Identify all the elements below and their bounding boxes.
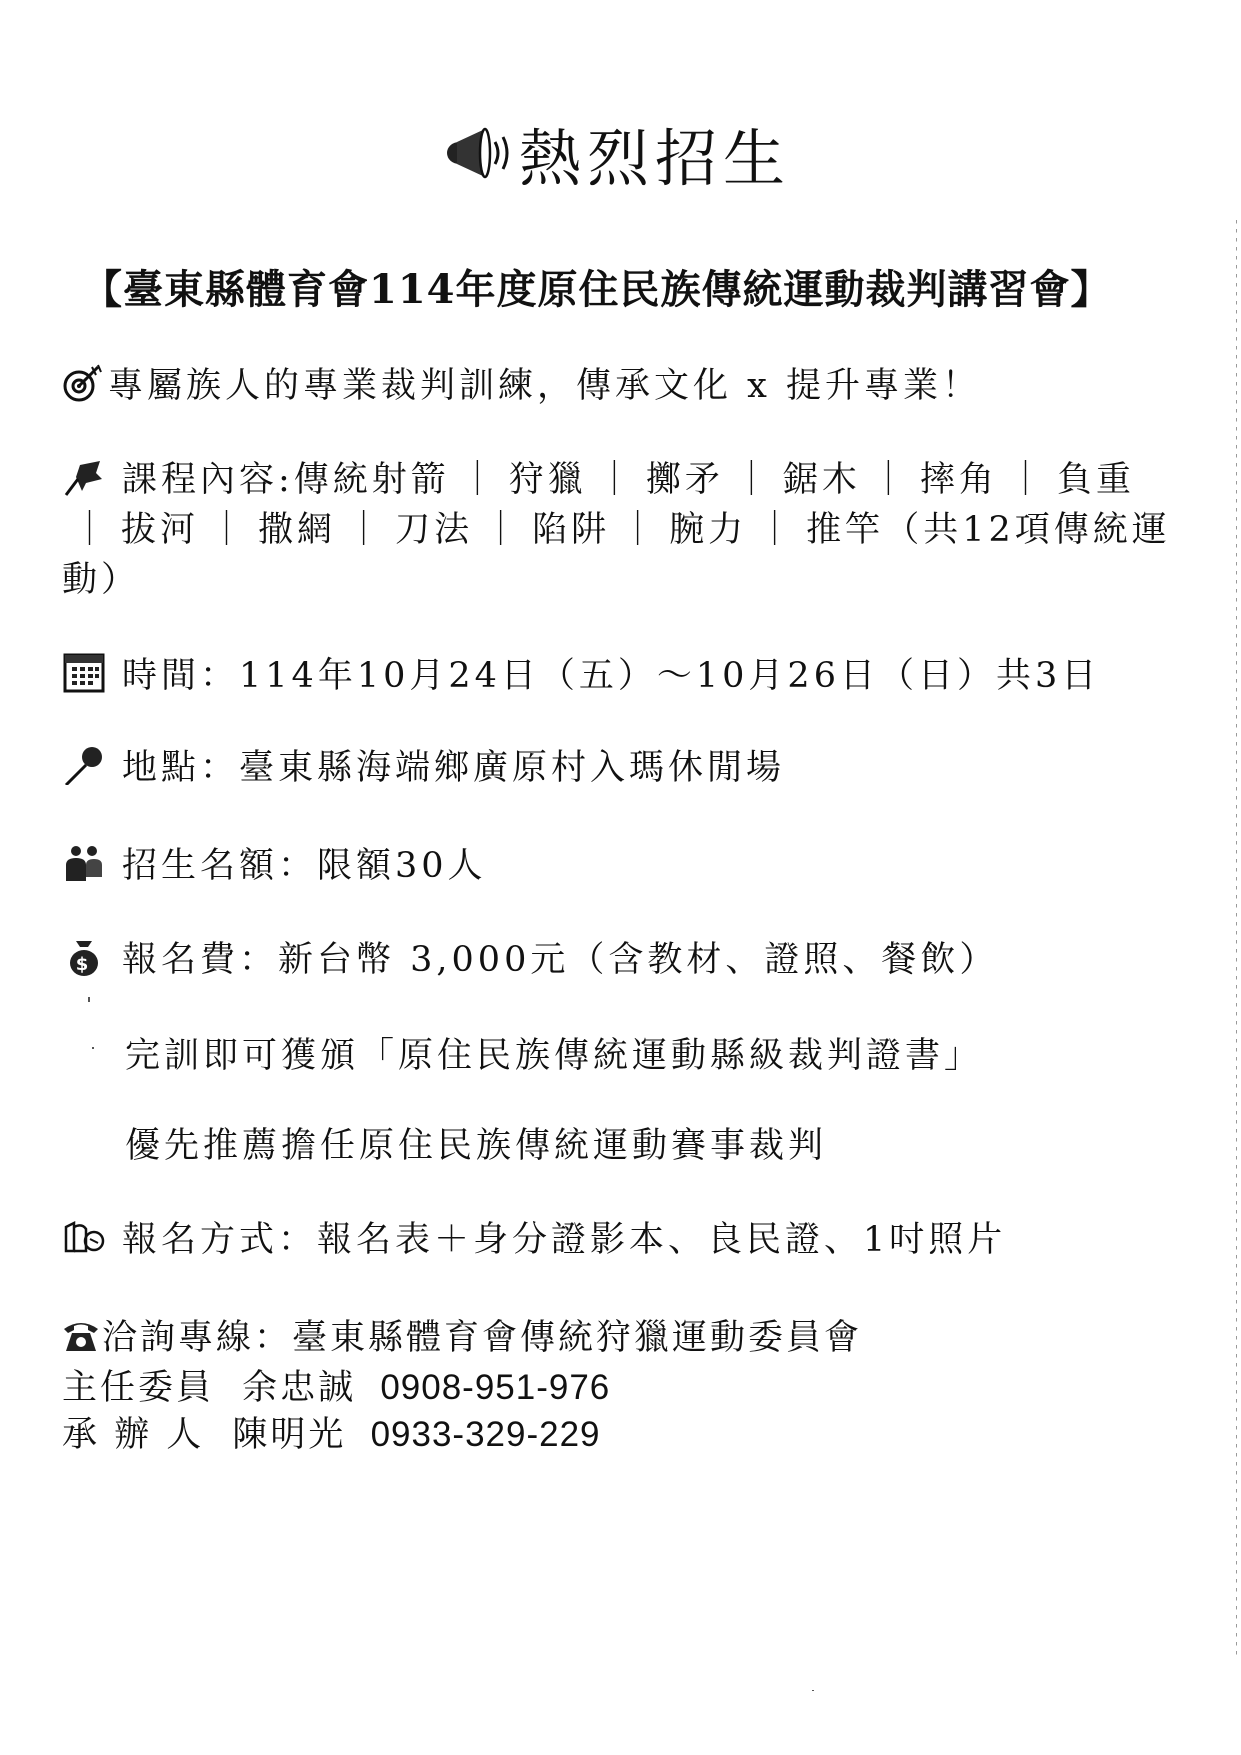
course-label: 課程內容: — [122, 460, 294, 500]
contact-role: 承 辦 人 — [62, 1415, 204, 1455]
course-item: 拔河 — [121, 510, 199, 550]
heading-close-bracket: 】 — [1071, 266, 1112, 313]
registration-row: 報名方式：報名表＋身分證影本、良民證、1吋照片 — [62, 1212, 1006, 1262]
location-label: 地點： — [122, 740, 239, 790]
course-item: 刀法 — [395, 510, 473, 550]
course-item: 腕力 — [669, 510, 747, 550]
contact-organization: 臺東縣體育會傳統狩獵運動委員會 — [292, 1310, 862, 1360]
scan-speck — [812, 1690, 814, 1691]
course-item: 負重 — [1057, 460, 1135, 500]
quota-value: 限額30人 — [317, 838, 487, 888]
registration-value: 報名表＋身分證影本、良民證、1吋照片 — [317, 1212, 1006, 1262]
fee-value: 新台幣 3,000元（含教材、證照、餐飲） — [278, 932, 998, 982]
title-text: 熱烈招生 — [519, 109, 791, 198]
fee-row: $ 報名費：新台幣 3,000元（含教材、證照、餐飲） — [62, 932, 998, 982]
people-icon — [62, 843, 106, 883]
course-item: 撒網 — [258, 510, 336, 550]
telephone-icon — [62, 1317, 100, 1353]
benefit-priority: 優先推薦擔任原住民族傳統運動賽事裁判 — [125, 1118, 827, 1168]
tagline: 專屬族人的專業裁判訓練，傳承文化 x 提升專業！ — [62, 358, 981, 408]
contact-person: 主任委員 余忠誠 0908-951-976 — [62, 1360, 610, 1410]
contact-phone[interactable]: 0933-329-229 — [371, 1415, 601, 1454]
contact-name: 余忠誠 — [242, 1368, 356, 1408]
page-title: 熱烈招生 — [445, 108, 791, 198]
course-item: 擲矛 — [646, 460, 724, 500]
map-pin-icon — [62, 745, 106, 785]
course-item: 傳統射箭 — [294, 460, 450, 500]
location-value: 臺東縣海端鄉廣原村入瑪休閒場 — [239, 740, 785, 790]
fee-label: 報名費： — [122, 932, 278, 982]
tagline-text: 專屬族人的專業裁判訓練，傳承文化 x 提升專業！ — [108, 358, 981, 408]
course-item: 摔角 — [920, 460, 998, 500]
scan-speck — [88, 997, 90, 1002]
course-content: 課程內容:傳統射箭｜狩獵｜擲矛｜鋸木｜摔角｜負重｜拔河｜撒網｜刀法｜陷阱｜腕力｜… — [62, 455, 1182, 605]
course-item: 鋸木 — [783, 460, 861, 500]
writing-hand-icon — [62, 1217, 106, 1257]
time-label: 時間： — [122, 648, 239, 698]
contact-phone[interactable]: 0908-951-976 — [380, 1368, 610, 1407]
time-row: 時間：114年10月24日（五）～10月26日（日）共3日 — [62, 648, 1100, 698]
heading-open-bracket: 【 — [82, 266, 123, 313]
calendar-icon — [62, 653, 106, 693]
money-bag-icon: $ — [62, 937, 106, 977]
contact-label: 洽詢專線： — [102, 1310, 292, 1360]
pushpin-icon — [62, 457, 106, 497]
quota-row: 招生名額：限額30人 — [62, 838, 487, 888]
heading-text: 臺東縣體育會114年度原住民族傳統運動裁判講習會 — [123, 266, 1071, 313]
course-item: 推竿 — [806, 510, 884, 550]
time-value: 114年10月24日（五）～10月26日（日）共3日 — [239, 648, 1100, 698]
megaphone-icon — [445, 125, 515, 181]
course-item: 陷阱 — [532, 510, 610, 550]
target-arrow-icon — [62, 363, 102, 403]
contact-row: 洽詢專線：臺東縣體育會傳統狩獵運動委員會 — [62, 1310, 862, 1360]
course-item: 狩獵 — [509, 460, 587, 500]
scan-edge-dotted-line — [1236, 220, 1237, 1660]
benefit-certificate: 完訓即可獲頒「原住民族傳統運動縣級裁判證書」 — [125, 1028, 983, 1078]
registration-label: 報名方式： — [122, 1212, 317, 1262]
quota-label: 招生名額： — [122, 838, 317, 888]
event-heading: 【臺東縣體育會114年度原住民族傳統運動裁判講習會】 — [82, 258, 1112, 315]
contact-person: 承 辦 人 陳明光 0933-329-229 — [62, 1407, 601, 1457]
contact-role: 主任委員 — [62, 1368, 214, 1408]
svg-text:$: $ — [76, 954, 93, 975]
contact-name: 陳明光 — [232, 1415, 346, 1455]
scan-speck — [92, 1047, 94, 1049]
location-row: 地點：臺東縣海端鄉廣原村入瑪休閒場 — [62, 740, 785, 790]
